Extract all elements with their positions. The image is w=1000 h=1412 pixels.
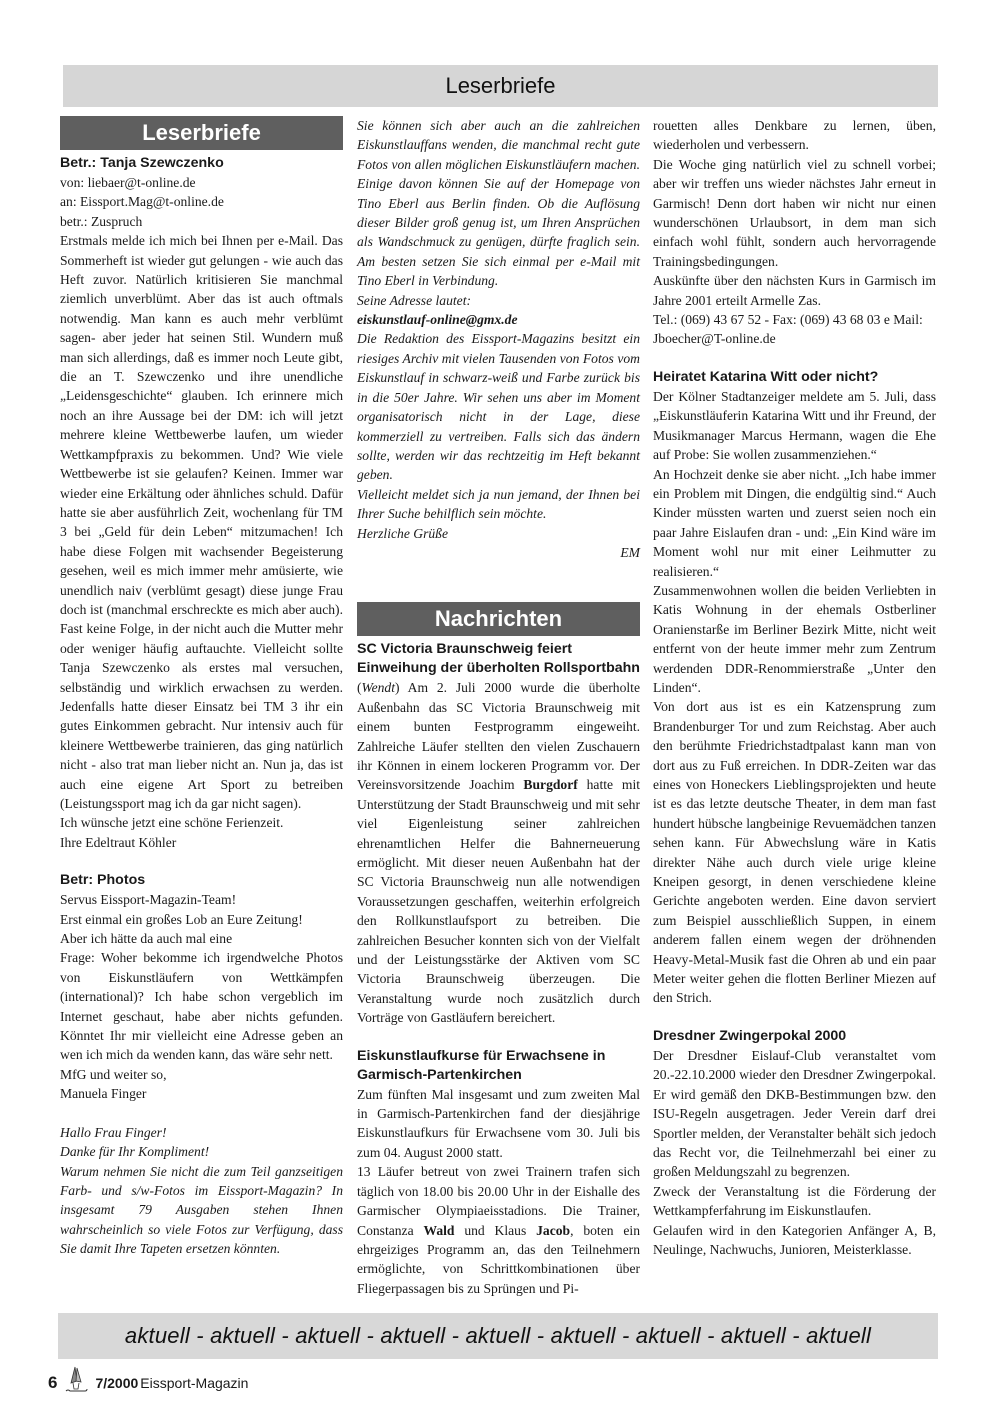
- section-label-nachrichten: Nachrichten: [357, 602, 640, 636]
- letter1-from: von: liebaer@t-online.de: [60, 173, 343, 192]
- letter2-heading: Betr: Photos: [60, 871, 343, 890]
- section-label-leserbriefe: Leserbriefe: [60, 116, 343, 150]
- article2-heading: Eiskunstlaufkurse für Erwachsene in Garm…: [357, 1047, 640, 1085]
- article4-heading: Dresdner Zwingerpokal 2000: [653, 1027, 936, 1046]
- issue-number: 7/2000: [95, 1375, 138, 1391]
- magazine-name: Eissport-Magazin: [140, 1375, 248, 1391]
- article3-para2: An Hochzeit denke sie aber nicht. „Ich h…: [653, 465, 936, 581]
- letter2-line1: Erst einmal ein großes Lob an Eure Zeitu…: [60, 910, 343, 929]
- article2-para3: Die Woche ging natürlich viel zu schnell…: [653, 155, 936, 271]
- reply-email-link[interactable]: eiskunstlauf-online@gmx.de: [357, 310, 640, 329]
- article3-para3: Zusammenwohnen wollen die beiden Verlieb…: [653, 581, 936, 697]
- article4-para3: Gelaufen wird in den Kategorien Anfänger…: [653, 1221, 936, 1260]
- spacer: [653, 349, 936, 368]
- column-2: Sie können sich aber auch an die zahlrei…: [357, 116, 640, 1298]
- page-header-bar: Leserbriefe: [63, 65, 938, 107]
- spacer: [60, 852, 343, 871]
- trainer-name-2: Jacob: [536, 1223, 570, 1238]
- article4-para1: Der Dresdner Eislauf-Club veranstaltet v…: [653, 1046, 936, 1182]
- article1-bold-name: Burgdorf: [523, 777, 577, 792]
- article1-author: Wendt: [362, 680, 395, 695]
- letter1-to: an: Eissport.Mag@t-online.de: [60, 192, 343, 211]
- letter2-body: Frage: Woher bekomme ich irgendwelche Ph…: [60, 948, 343, 1064]
- page-footer: 6 7/2000 Eissport-Magazin: [48, 1365, 248, 1400]
- reply-hope-text: Vielleicht meldet sich ja nun jemand, de…: [357, 485, 640, 524]
- article1-body: (Wendt) Am 2. Juli 2000 wurde die überho…: [357, 678, 640, 1027]
- skater-logo-icon: [63, 1365, 89, 1400]
- article3-heading: Heiratet Katarina Witt oder nicht?: [653, 368, 936, 387]
- spacer: [653, 1008, 936, 1027]
- article2-para1: Zum fünften Mal insgesamt und zum zweite…: [357, 1085, 640, 1163]
- article2-para2-end: rouetten alles Denkbare zu lernen, üben,…: [653, 116, 936, 155]
- letter2-line2: Aber ich hätte da auch mal eine: [60, 929, 343, 948]
- article1-heading: SC Victoria Braunschweig feiert Einweihu…: [357, 640, 640, 678]
- letter2-greeting: Servus Eissport-Magazin-Team!: [60, 890, 343, 909]
- reply-greeting: Hallo Frau Finger!: [60, 1123, 343, 1142]
- letter1-signature: Ihre Edeltraut Köhler: [60, 833, 343, 852]
- reply-address-label: Seine Adresse lautet:: [357, 291, 640, 310]
- reply-initials: EM: [357, 543, 640, 562]
- spacer: [357, 1028, 640, 1047]
- letter1-subject: betr.: Zuspruch: [60, 212, 343, 231]
- page-title: Leserbriefe: [445, 73, 555, 99]
- reply-body-cont: Sie können sich aber auch an die zahlrei…: [357, 116, 640, 291]
- article3-para1: Der Kölner Stadtanzeiger meldete am 5. J…: [653, 387, 936, 465]
- article1-text-b: hatte mit Unterstützung der Stadt Brauns…: [357, 777, 640, 1025]
- column-3: rouetten alles Denkbare zu lernen, üben,…: [653, 116, 936, 1259]
- aktuell-banner: aktuell - aktuell - aktuell - aktuell - …: [58, 1313, 938, 1359]
- reply-archive-text: Die Redaktion des Eissport-Magazins besi…: [357, 329, 640, 484]
- reply-body: Warum nehmen Sie nicht die zum Teil ganz…: [60, 1162, 343, 1259]
- column-1: Leserbriefe Betr.: Tanja Szewczenko von:…: [60, 116, 343, 1259]
- letter1-closing: Ich wünsche jetzt eine schöne Ferienzeit…: [60, 813, 343, 832]
- trainer-name-1: Wald: [423, 1223, 454, 1238]
- letter1-body: Erstmals melde ich mich bei Ihnen per e-…: [60, 231, 343, 813]
- article4-para2: Zweck der Veranstaltung ist die Förderun…: [653, 1182, 936, 1221]
- spacer: [357, 562, 640, 602]
- reply-closing: Herzliche Grüße: [357, 524, 640, 543]
- letter2-signature: Manuela Finger: [60, 1084, 343, 1103]
- letter2-closing: MfG und weiter so,: [60, 1065, 343, 1084]
- article2-contact: Tel.: (069) 43 67 52 - Fax: (069) 43 68 …: [653, 310, 936, 349]
- aktuell-banner-text: aktuell - aktuell - aktuell - aktuell - …: [125, 1323, 871, 1349]
- spacer: [60, 1104, 343, 1123]
- article2-para4: Auskünfte über den nächsten Kurs in Garm…: [653, 271, 936, 310]
- article2-text-b: und Klaus: [454, 1223, 536, 1238]
- reply-thanks: Danke für Ihr Kompliment!: [60, 1142, 343, 1161]
- letter1-heading: Betr.: Tanja Szewczenko: [60, 154, 343, 173]
- article2-para2: 13 Läufer betreut von zwei Trainern traf…: [357, 1162, 640, 1298]
- article3-para4: Von dort aus ist es ein Katzensprung zum…: [653, 697, 936, 1008]
- page-number: 6: [48, 1373, 57, 1393]
- article1-text-a: Am 2. Juli 2000 wurde die überholte Auße…: [357, 680, 640, 792]
